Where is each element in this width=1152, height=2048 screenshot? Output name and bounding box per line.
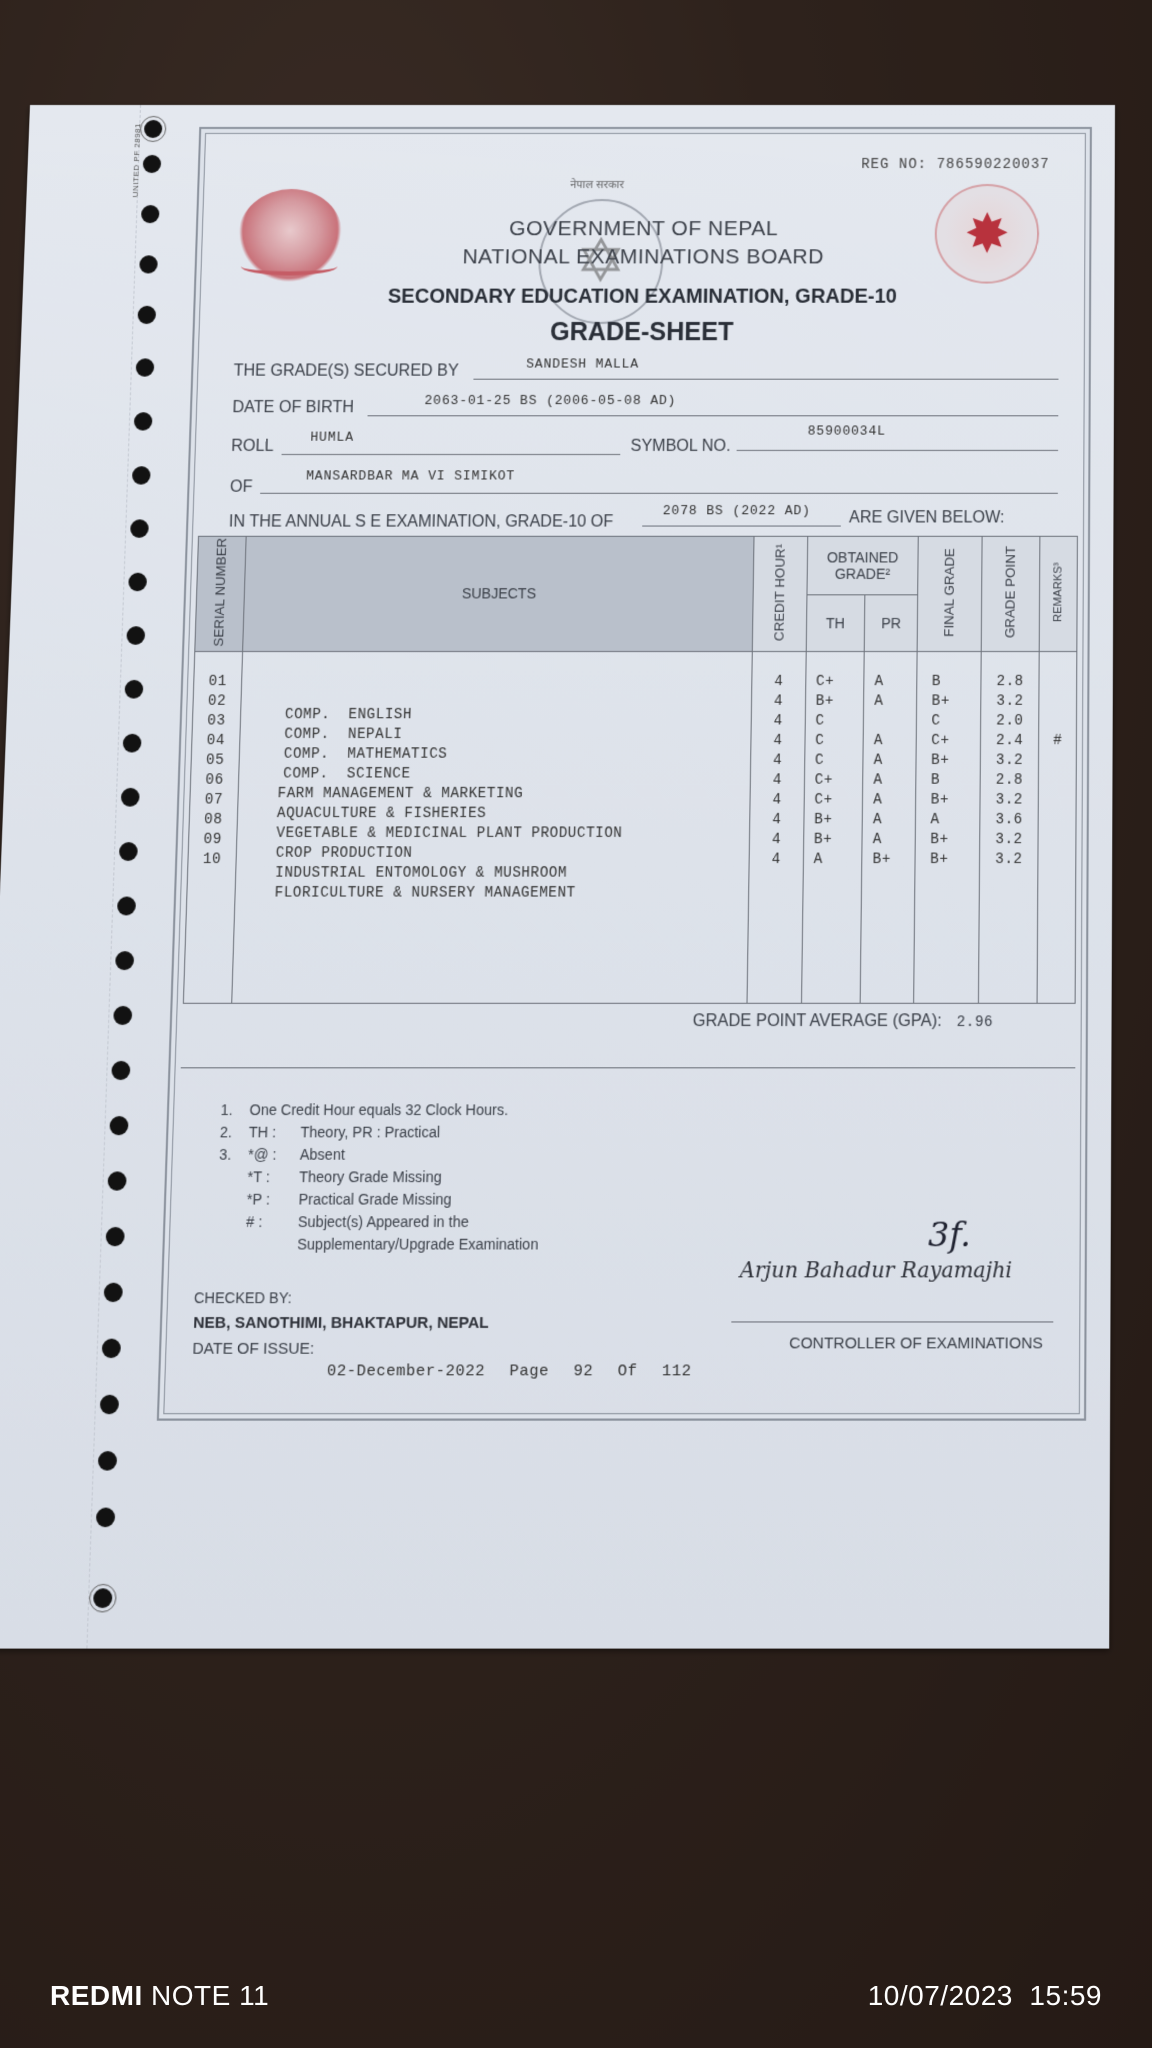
footnote-item: *T :Theory Grade Missing <box>218 1166 540 1188</box>
roll-value: HUMLA <box>310 430 354 445</box>
feed-hole <box>106 1227 125 1246</box>
feed-hole <box>132 466 151 484</box>
gpa-value: 2.96 <box>956 1014 993 1031</box>
col-point: GRADE POINT <box>981 536 1040 651</box>
gpa-section: GRADE POINT AVERAGE (GPA): 2.96 <box>181 987 1076 1068</box>
table-row: AQUACULTURE & FISHERIES <box>277 804 749 824</box>
margin-printer-text: UNITED PF 28981 <box>131 123 143 197</box>
field-school: OF MANSARDBAR MA VI SIMIKOT <box>229 478 1057 503</box>
table-row: VEGETABLE & MEDICINAL PLANT PRODUCTION <box>276 824 749 844</box>
symbol-label: SYMBOL NO. <box>630 438 730 456</box>
feed-hole <box>117 897 136 916</box>
col-pr: PR <box>864 594 918 651</box>
header-government: GOVERNMENT OF NEPAL <box>208 217 1080 241</box>
feed-hole <box>139 255 158 273</box>
gpa-label: GRADE POINT AVERAGE (GPA): <box>693 1012 942 1030</box>
feed-hole <box>128 573 147 592</box>
feed-hole <box>93 1588 113 1608</box>
footnote-item: Supplementary/Upgrade Examination <box>216 1233 539 1255</box>
feed-hole <box>136 358 155 376</box>
issue-date-label: DATE OF ISSUE: <box>192 1340 314 1358</box>
dob-value: 2063-01-25 BS (2006-05-08 AD) <box>424 393 676 408</box>
feed-hole <box>111 1061 130 1080</box>
feed-hole <box>104 1283 123 1302</box>
field-secured-by: THE GRADE(S) SECURED BY SANDESH MALLA <box>233 362 1058 386</box>
feed-hole <box>109 1116 128 1135</box>
col-th: TH <box>806 594 865 651</box>
feed-hole <box>137 306 156 324</box>
certificate-frame: REG NO: 786590220037 ✸ नेपाल सरकार GOVER… <box>157 127 1092 1421</box>
table-row: COMP. MATHEMATICS <box>278 745 749 765</box>
table-row: COMP. ENGLISH <box>280 706 751 726</box>
footnote-item: *P :Practical Grade Missing <box>218 1189 540 1211</box>
header-board: NATIONAL EXAMINATIONS BOARD <box>207 245 1080 269</box>
grades-table: SERIAL NUMBER SUBJECTS CREDIT HOUR¹ OBTA… <box>183 536 1078 1004</box>
model-text: NOTE 11 <box>151 1980 269 2011</box>
secured-by-label: THE GRADE(S) SECURED BY <box>233 362 459 379</box>
feed-hole <box>126 626 145 645</box>
grade-sheet-paper: UNITED PF 28981 REG NO: 786590220037 ✸ न… <box>0 105 1115 1649</box>
feed-hole <box>98 1451 117 1471</box>
col-credit: CREDIT HOUR¹ <box>753 536 808 651</box>
col-subjects: SUBJECTS <box>243 536 755 651</box>
table-row: COMP. NEPALI <box>279 725 750 745</box>
feed-hole <box>130 519 149 537</box>
feed-hole <box>113 1006 132 1025</box>
signature-line <box>731 1321 1053 1322</box>
final-grade-column: BB+CC+B+BB+AB+B+ <box>914 651 981 1003</box>
th-column: C+B+CCCC+C+B+B+A <box>801 651 864 1003</box>
dob-label: DATE OF BIRTH <box>232 399 354 416</box>
table-row: CROP PRODUCTION <box>275 844 748 864</box>
student-name: SANDESH MALLA <box>526 356 639 371</box>
footnote-item: # :Subject(s) Appeared in the <box>217 1211 539 1233</box>
header-exam: SECONDARY EDUCATION EXAMINATION, GRADE-1… <box>205 286 1079 309</box>
exam-suffix: ARE GIVEN BELOW: <box>849 509 1005 527</box>
symbol-value: 85900034L <box>808 423 886 438</box>
feed-hole <box>134 412 153 430</box>
camera-watermark-datetime: 10/07/2023 15:59 <box>868 1980 1102 2012</box>
feed-hole <box>144 120 163 138</box>
subjects-column: COMP. ENGLISHCOMP. NEPALICOMP. MATHEMATI… <box>232 651 753 1003</box>
checked-by-label: CHECKED BY: <box>194 1289 292 1306</box>
pr-column: AAAAAAAAB+ <box>860 651 917 1003</box>
footnote-item: 3.*@ :Absent <box>219 1144 541 1166</box>
signatory-name: Arjun Bahadur Rayamajhi <box>740 1257 1012 1283</box>
exam-year: 2078 BS (2022 AD) <box>663 503 811 518</box>
reg-no-value: 786590220037 <box>937 157 1050 173</box>
feed-hole <box>121 788 140 807</box>
roll-label: ROLL <box>231 438 274 455</box>
school-label: OF <box>230 478 253 495</box>
field-dob: DATE OF BIRTH 2063-01-25 BS (2006-05-08 … <box>232 399 1058 423</box>
col-remarks: REMARKS³ <box>1040 536 1078 651</box>
page-title: GRADE-SHEET <box>204 318 1079 347</box>
brand-text: REDMI <box>50 1980 143 2011</box>
remarks-column: # <box>1037 651 1076 1003</box>
credit-column: 4444444444 <box>747 651 805 1003</box>
feed-hole <box>141 205 160 223</box>
page-total: Of 112 <box>618 1362 692 1380</box>
col-obtained: OBTAINED GRADE² <box>807 536 919 594</box>
col-serial: SERIAL NUMBER <box>195 536 246 651</box>
field-exam: IN THE ANNUAL S E EXAMINATION, GRADE-10 … <box>228 513 1057 538</box>
feed-hole <box>115 951 134 970</box>
field-roll: ROLL HUMLA SYMBOL NO. 85900034L <box>231 438 1058 462</box>
feed-hole <box>119 842 138 861</box>
footnotes: 1.One Credit Hour equals 32 Clock Hours.… <box>216 1099 541 1256</box>
table-row: INDUSTRIAL ENTOMOLOGY & MUSHROOM <box>275 864 748 884</box>
feed-hole <box>107 1171 126 1190</box>
reg-no: REG NO: 786590220037 <box>861 157 1050 173</box>
seal-text: नेपाल सरकार <box>570 177 624 192</box>
controller-title: CONTROLLER OF EXAMINATIONS <box>789 1334 1043 1352</box>
feed-hole <box>100 1395 119 1414</box>
page-number: Page 92 <box>509 1362 593 1380</box>
issue-date: 02-December-2022 <box>327 1362 486 1380</box>
signature-mark: 3f. <box>928 1214 971 1255</box>
feed-hole <box>124 680 143 699</box>
table-row: COMP. SCIENCE <box>278 765 750 785</box>
footnote-item: 1.One Credit Hour equals 32 Clock Hours. <box>220 1099 541 1121</box>
feed-hole <box>102 1339 121 1358</box>
feed-hole <box>96 1508 115 1528</box>
tractor-feed-strip <box>0 105 141 1649</box>
grade-point-column: 2.83.22.02.43.22.83.23.63.23.2 <box>978 651 1039 1003</box>
reg-no-label: REG NO: <box>861 157 927 173</box>
office-address: NEB, SANOTHIMI, BHAKTAPUR, NEPAL <box>193 1314 489 1332</box>
feed-hole <box>123 734 142 753</box>
col-final: FINAL GRADE <box>917 536 982 651</box>
school-value: MANSARDBAR MA VI SIMIKOT <box>306 468 515 483</box>
feed-hole <box>143 155 162 173</box>
table-row: FARM MANAGEMENT & MARKETING <box>277 784 749 804</box>
issue-info: 02-December-2022 Page 92 Of 112 <box>327 1362 692 1380</box>
exam-label: IN THE ANNUAL S E EXAMINATION, GRADE-10 … <box>229 513 614 530</box>
table-row: FLORICULTURE & NURSERY MANAGEMENT <box>274 884 747 904</box>
footnote-item: 2.TH :Theory, PR : Practical <box>220 1121 541 1143</box>
camera-watermark-brand: REDMI NOTE 11 <box>50 1980 269 2012</box>
